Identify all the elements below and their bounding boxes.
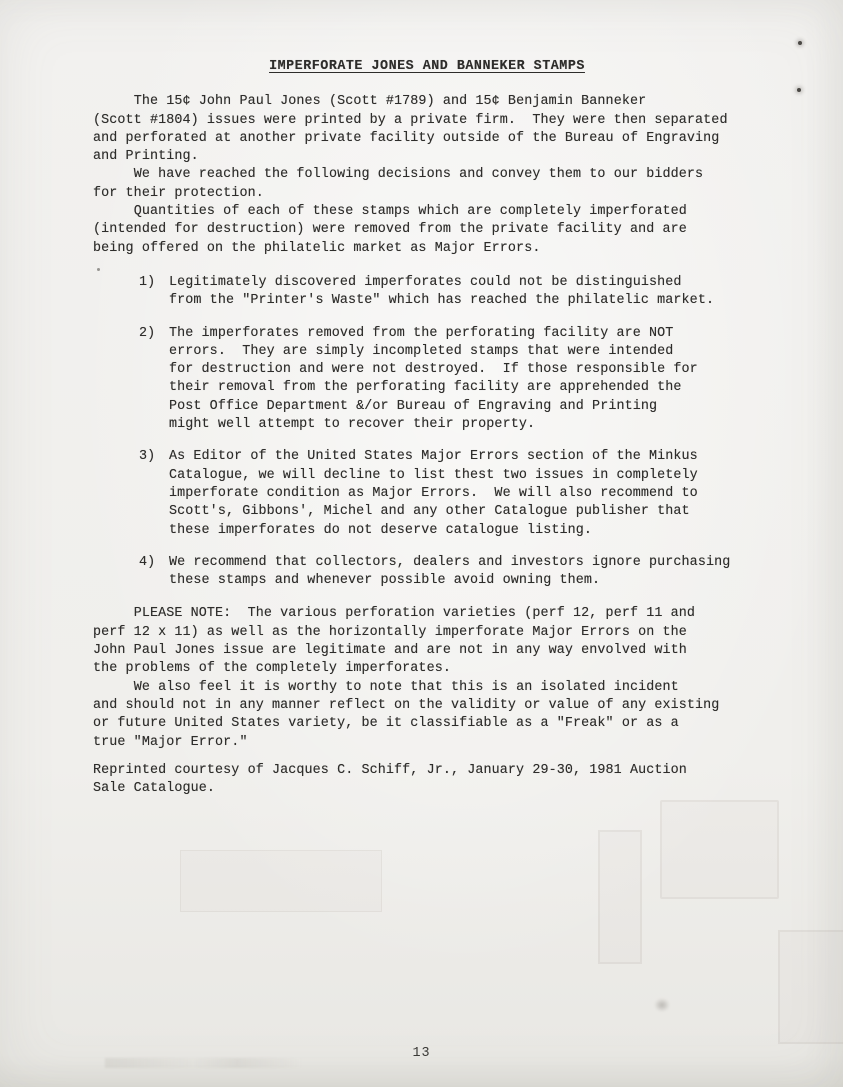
list-item-number: 3) bbox=[139, 448, 169, 539]
list-item-text: The imperforates removed from the perfor… bbox=[169, 325, 761, 435]
bleed-through-artifact bbox=[660, 800, 779, 899]
bleed-through-artifact bbox=[598, 830, 642, 964]
list-item-text: We recommend that collectors, dealers an… bbox=[169, 554, 761, 591]
list-item: 3) As Editor of the United States Major … bbox=[139, 448, 761, 539]
list-item-number: 2) bbox=[139, 325, 169, 435]
list-item-number: 1) bbox=[139, 274, 169, 311]
document-title: IMPERFORATE JONES AND BANNEKER STAMPS bbox=[93, 58, 761, 76]
intro-paragraph-3: Quantities of each of these stamps which… bbox=[93, 203, 761, 258]
document-body: IMPERFORATE JONES AND BANNEKER STAMPS Th… bbox=[93, 58, 761, 798]
list-item-text: Legitimately discovered imperforates cou… bbox=[169, 274, 761, 311]
list-item-text: As Editor of the United States Major Err… bbox=[169, 448, 761, 539]
scan-speck bbox=[798, 41, 802, 45]
scan-speck bbox=[797, 88, 801, 92]
please-note-paragraph: PLEASE NOTE: The various perforation var… bbox=[93, 605, 761, 678]
bleed-through-artifact bbox=[180, 850, 382, 912]
page-number: 13 bbox=[0, 1046, 843, 1061]
intro-paragraph-2: We have reached the following decisions … bbox=[93, 166, 761, 203]
list-item: 4) We recommend that collectors, dealers… bbox=[139, 554, 761, 591]
list-item: 1) Legitimately discovered imperforates … bbox=[139, 274, 761, 311]
reprint-credit: Reprinted courtesy of Jacques C. Schiff,… bbox=[93, 762, 761, 799]
decision-list: 1) Legitimately discovered imperforates … bbox=[93, 274, 761, 590]
list-item: 2) The imperforates removed from the per… bbox=[139, 325, 761, 435]
intro-paragraph-1: The 15¢ John Paul Jones (Scott #1789) an… bbox=[93, 93, 761, 166]
scan-smudge bbox=[654, 998, 670, 1012]
scanned-document-page: IMPERFORATE JONES AND BANNEKER STAMPS Th… bbox=[0, 0, 843, 1087]
list-item-number: 4) bbox=[139, 554, 169, 591]
bleed-through-artifact bbox=[778, 930, 843, 1044]
closing-paragraph: We also feel it is worthy to note that t… bbox=[93, 679, 761, 752]
